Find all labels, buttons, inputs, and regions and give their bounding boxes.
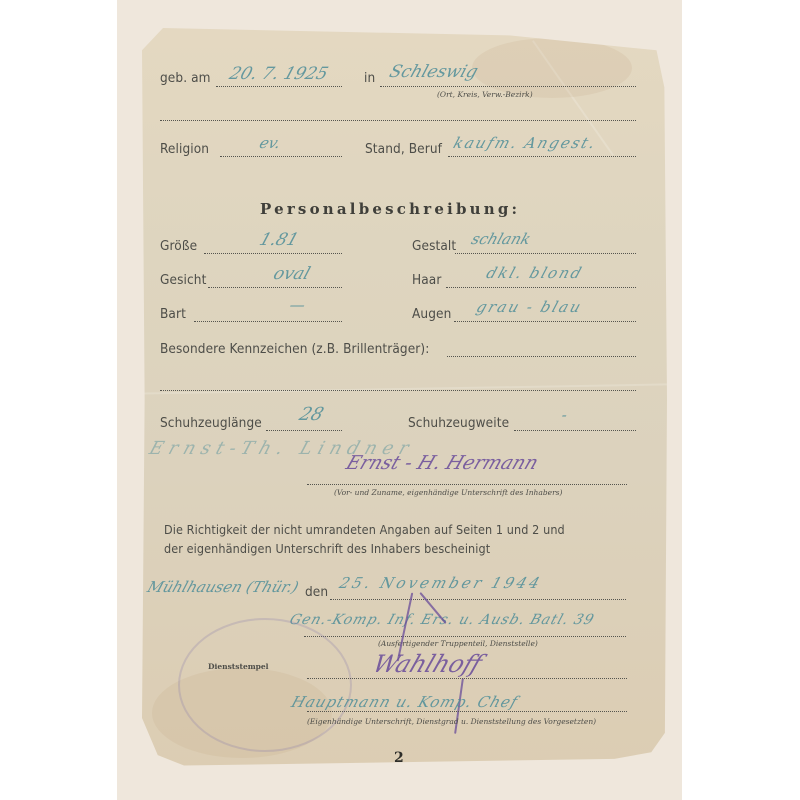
- shoe-length-value: 28: [297, 404, 327, 425]
- religion-value: ev.: [257, 134, 283, 152]
- certification-date-line: [330, 599, 626, 600]
- special-marks-label: Besondere Kennzeichen (z.B. Brillenträge…: [160, 341, 429, 357]
- shoe-width-line: [514, 430, 636, 431]
- stamp-label: Dienststempel: [208, 662, 269, 671]
- eyes-value: grau - blau: [474, 298, 585, 316]
- official-stamp: [178, 618, 352, 752]
- occupation-line: [448, 156, 636, 157]
- born-date-value: 20. 7. 1925: [227, 64, 331, 84]
- hair-label: Haar: [412, 272, 441, 288]
- document-page: geb. am 20. 7. 1925 in Schleswig (Ort, K…: [142, 28, 667, 770]
- height-label: Größe: [160, 238, 197, 254]
- build-line: [455, 253, 636, 254]
- birth-place-line: [380, 86, 636, 87]
- hair-value: dkl. blond: [484, 264, 586, 282]
- paper-stain: [472, 38, 632, 98]
- holder-signature-line: [307, 484, 627, 485]
- certification-date-value: 25. November 1944: [337, 574, 545, 592]
- beard-value: —: [287, 296, 308, 314]
- certification-text-2: der eigenhändigen Unterschrift des Inhab…: [164, 541, 490, 556]
- born-in-label: in: [364, 70, 375, 86]
- religion-line: [220, 156, 342, 157]
- birth-place-hint: (Ort, Kreis, Verw.-Bezirk): [437, 90, 533, 99]
- shoe-width-value: -: [559, 406, 570, 424]
- birth-place-value: Schleswig: [387, 62, 481, 82]
- height-line: [204, 253, 342, 254]
- officer-caption: (Eigenhändige Unterschrift, Dienstgrad u…: [307, 717, 596, 726]
- height-value: 1.81: [257, 230, 301, 250]
- build-label: Gestalt: [412, 238, 456, 254]
- born-label: geb. am: [160, 70, 211, 86]
- eyes-label: Augen: [412, 306, 451, 322]
- face-line: [208, 287, 342, 288]
- face-value: oval: [271, 264, 313, 284]
- face-label: Gesicht: [160, 272, 206, 288]
- paper-crease: [142, 383, 667, 394]
- shoe-width-label: Schuhzeugweite: [408, 415, 509, 431]
- description-heading: Personalbeschreibung:: [260, 200, 520, 218]
- shoe-length-line: [266, 430, 342, 431]
- eyes-line: [454, 321, 636, 322]
- officer-rank-value: Hauptmann u. Komp. Chef: [289, 693, 520, 711]
- certification-text-1: Die Richtigkeit der nicht umrandeten Ang…: [164, 522, 565, 537]
- religion-label: Religion: [160, 141, 209, 157]
- beard-line: [194, 321, 342, 322]
- officer-signature-line: [307, 678, 627, 679]
- build-value: schlank: [469, 230, 533, 248]
- born-date-line: [216, 86, 342, 87]
- officer-signature: Wahlhoff: [369, 650, 486, 678]
- unit-line: [304, 636, 626, 637]
- holder-signature-caption: (Vor- und Zuname, eigenhändige Unterschr…: [334, 488, 562, 497]
- extra-line: [160, 120, 636, 121]
- shoe-length-label: Schuhzeuglänge: [160, 415, 262, 431]
- occupation-label: Stand, Beruf: [365, 141, 442, 157]
- hair-line: [446, 287, 636, 288]
- special-marks-line: [447, 356, 636, 357]
- officer-rank-line: [307, 711, 627, 712]
- special-marks-line-2: [160, 390, 636, 391]
- beard-label: Bart: [160, 306, 186, 322]
- certification-place-value: Mühlhausen (Thür.): [145, 578, 301, 596]
- occupation-value: kaufm. Angest.: [451, 134, 599, 152]
- holder-signature: Ernst - H. Hermann: [343, 452, 541, 474]
- den-label: den: [305, 584, 328, 600]
